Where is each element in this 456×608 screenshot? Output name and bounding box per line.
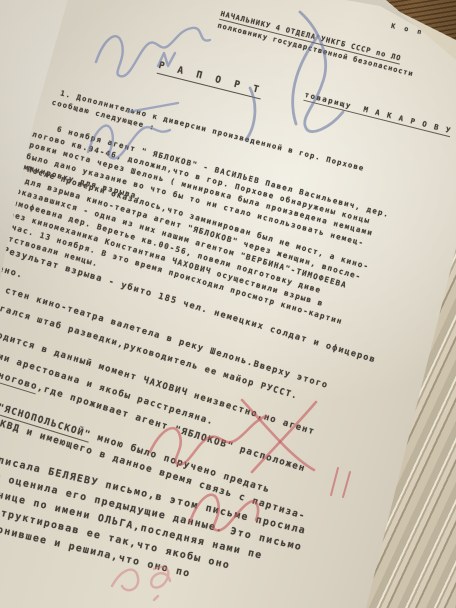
typed-line: товарищу М А К А Р О В У: [304, 90, 453, 135]
report-title: Р А П О Р Т: [157, 60, 264, 99]
header-block: НАЧАЛЬНИКУ 4 ОТДЕЛА УНКГБ СССР по ЛОполк…: [216, 8, 417, 80]
document-photo: К о п и я. НАЧАЛЬНИКУ 4 ОТДЕЛА УНКГБ ССС…: [0, 0, 456, 608]
addressee-line: товарищу М А К А Р О В У: [304, 90, 453, 135]
report-page: К о п и я. НАЧАЛЬНИКУ 4 ОТДЕЛА УНКГБ ССС…: [0, 0, 456, 608]
